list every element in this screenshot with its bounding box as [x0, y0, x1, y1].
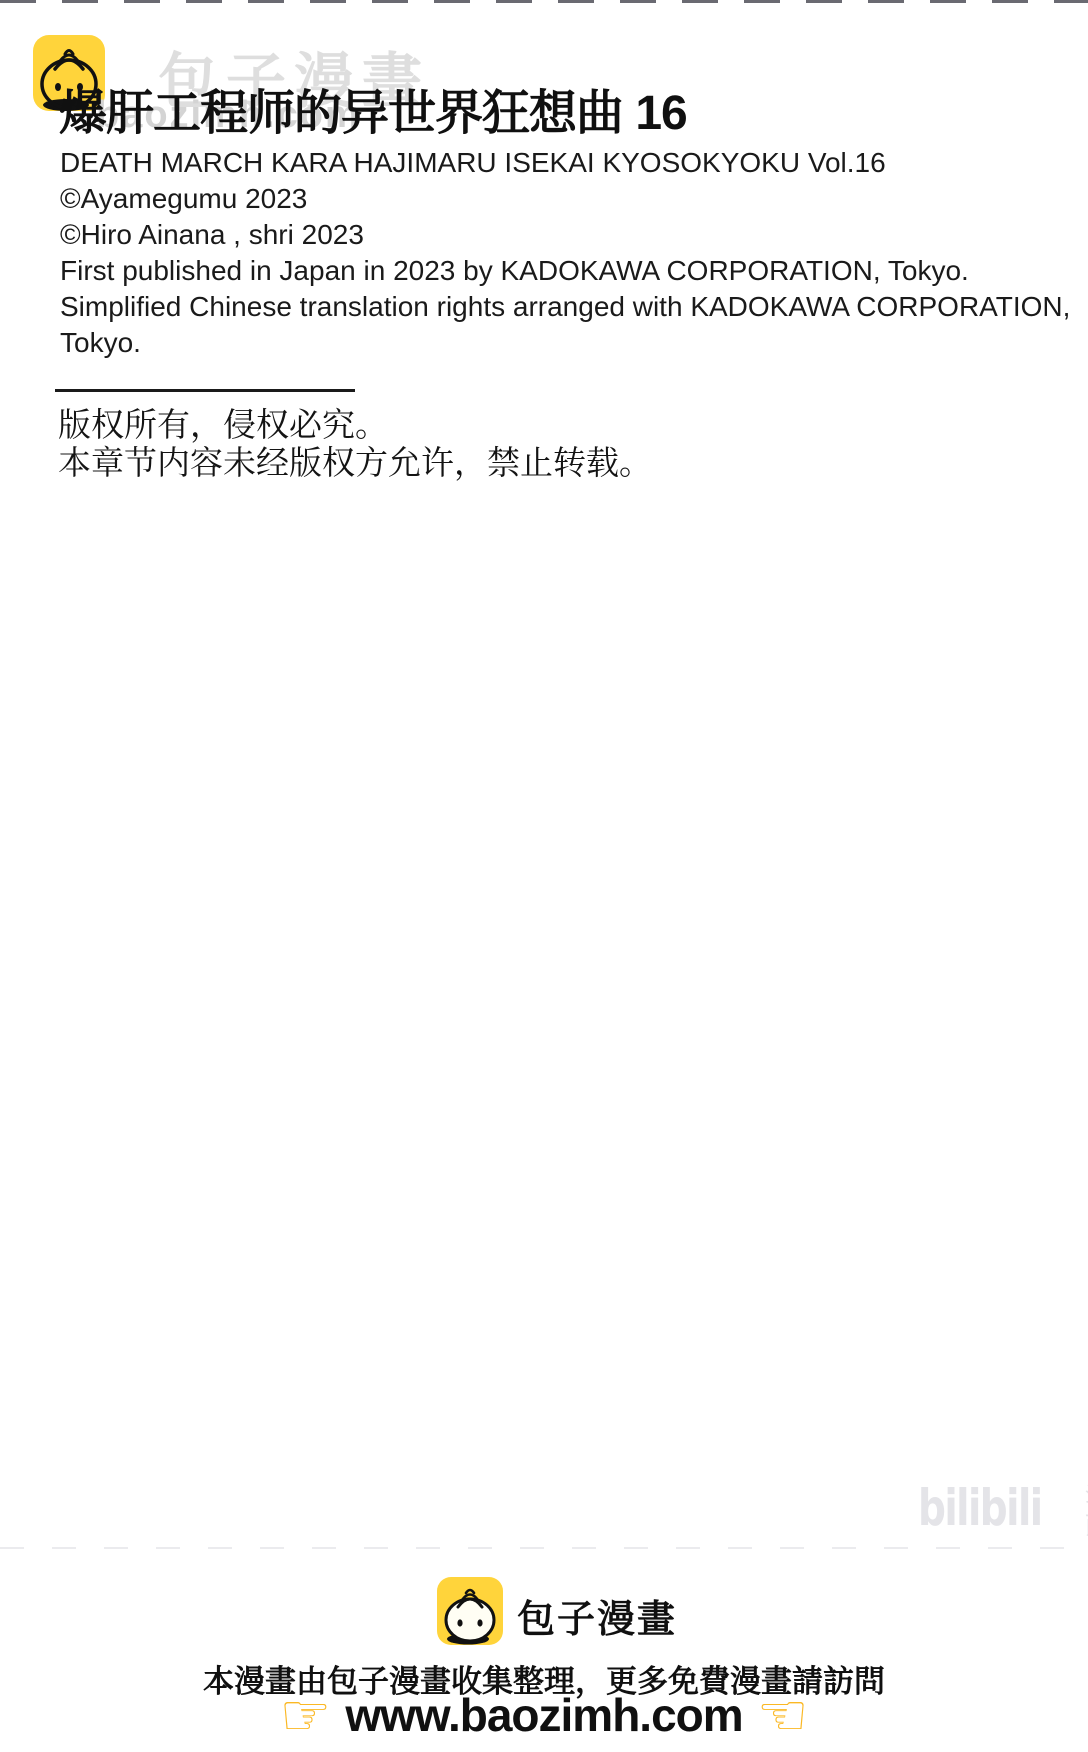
baozi-footer-logo — [437, 1577, 503, 1645]
site-url[interactable]: www.baozimh.com — [345, 1686, 742, 1744]
footer-url-line[interactable]: ☞ www.baozimh.com ☜ — [0, 1686, 1088, 1744]
faint-dotted-separator — [0, 1547, 1088, 1549]
copyright-line: DEATH MARCH KARA HAJIMARU ISEKAI KYOSOKY… — [60, 145, 1070, 181]
copyright-line: ©Ayamegumu 2023 — [60, 181, 1070, 217]
page-title: 爆肝工程师的异世界狂想曲 16 — [59, 74, 687, 143]
rights-notice-line: 本章节内容未经版权方允许，禁止转载。 — [58, 444, 652, 482]
top-edge-dashes — [0, 0, 1088, 3]
pointing-right-icon: ☞ — [279, 1686, 331, 1744]
rights-notice-line: 版权所有，侵权必究。 — [58, 406, 652, 444]
copyright-line: Simplified Chinese translation rights ar… — [60, 289, 1070, 325]
bilibili-watermark: bilibili 漫 画 — [918, 1480, 1088, 1540]
baozi-mascot-icon — [437, 1577, 503, 1645]
rights-notice: 版权所有，侵权必究。 本章节内容未经版权方允许，禁止转载。 — [58, 406, 652, 482]
bilibili-logo-icon: bilibili — [918, 1480, 1042, 1536]
pointing-left-icon: ☜ — [757, 1686, 809, 1744]
copyright-line: ©Hiro Ainana , shri 2023 — [60, 217, 1070, 253]
divider-line — [55, 389, 355, 392]
copyright-block: DEATH MARCH KARA HAJIMARU ISEKAI KYOSOKY… — [60, 145, 1070, 361]
copyright-line: First published in Japan in 2023 by KADO… — [60, 253, 1070, 289]
footer-brand-name: 包子漫畫 — [517, 1588, 677, 1643]
copyright-line: Tokyo. — [60, 325, 1070, 361]
